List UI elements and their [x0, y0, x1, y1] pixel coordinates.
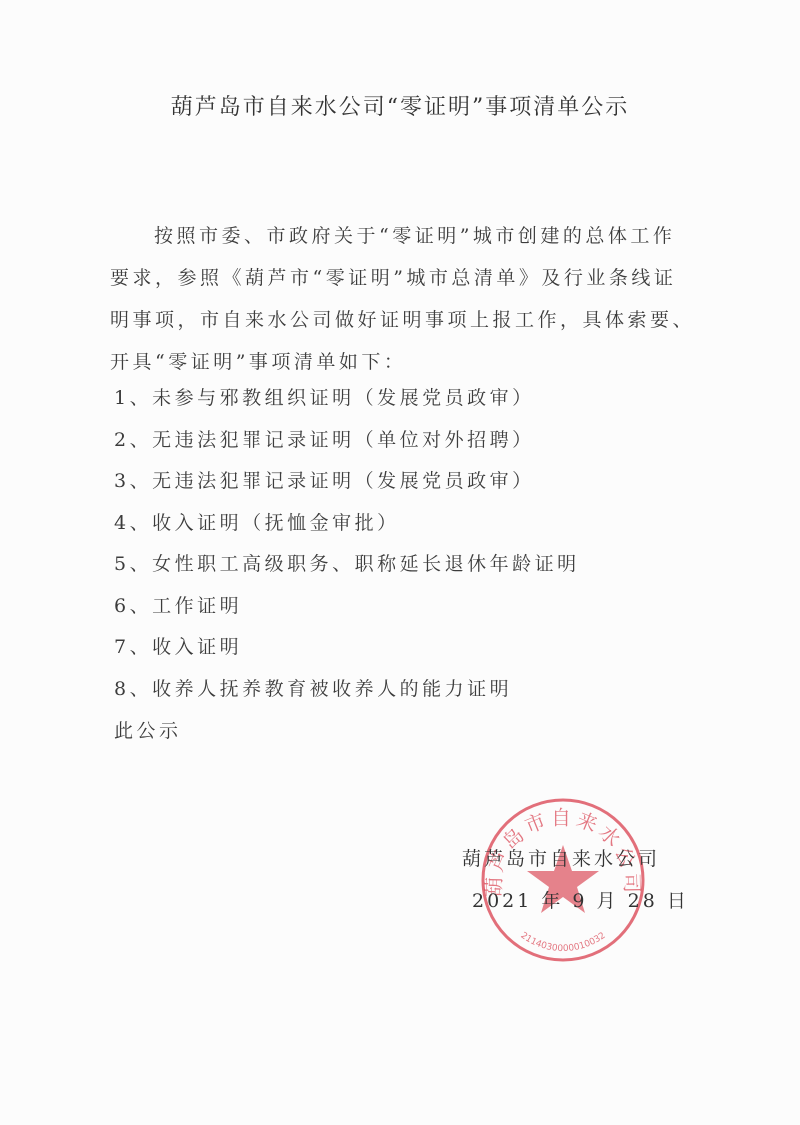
list-item: 6、工作证明 — [114, 586, 580, 628]
document-title: 葫芦岛市自来水公司“零证明”事项清单公示 — [0, 90, 800, 121]
signature-org: 葫芦岛市自来水公司 — [462, 838, 689, 880]
certificate-list: 1、未参与邪教组织证明（发展党员政审） 2、无违法犯罪记录证明（单位对外招聘） … — [114, 378, 580, 710]
list-item: 3、无违法犯罪记录证明（发展党员政审） — [114, 461, 580, 503]
paragraph-line: 要求，参照《葫芦市“零证明”城市总清单》及行业条线证 — [110, 257, 690, 299]
list-item: 7、收入证明 — [114, 627, 580, 669]
list-item: 1、未参与邪教组织证明（发展党员政审） — [114, 378, 580, 420]
list-item: 5、女性职工高级职务、职称延长退休年龄证明 — [114, 544, 580, 586]
list-item: 8、收养人抚养教育被收养人的能力证明 — [114, 669, 580, 711]
list-item: 4、收入证明（抚恤金审批） — [114, 503, 580, 545]
signature-date: 2021 年 9 月 28 日 — [462, 880, 689, 922]
signature-block: 葫芦岛市自来水公司 2021 年 9 月 28 日 — [462, 838, 689, 922]
paragraph-line: 明事项，市自来水公司做好证明事项上报工作，具体索要、 — [110, 299, 690, 341]
paragraph-line: 开具“零证明”事项清单如下： — [110, 341, 690, 383]
svg-text:2114030000010032: 2114030000010032 — [519, 931, 608, 954]
intro-paragraph: 按照市委、市政府关于“零证明”城市创建的总体工作 要求，参照《葫芦市“零证明”城… — [110, 215, 690, 383]
paragraph-line: 按照市委、市政府关于“零证明”城市创建的总体工作 — [110, 215, 690, 257]
closing-text: 此公示 — [114, 710, 182, 752]
list-item: 2、无违法犯罪记录证明（单位对外招聘） — [114, 420, 580, 462]
